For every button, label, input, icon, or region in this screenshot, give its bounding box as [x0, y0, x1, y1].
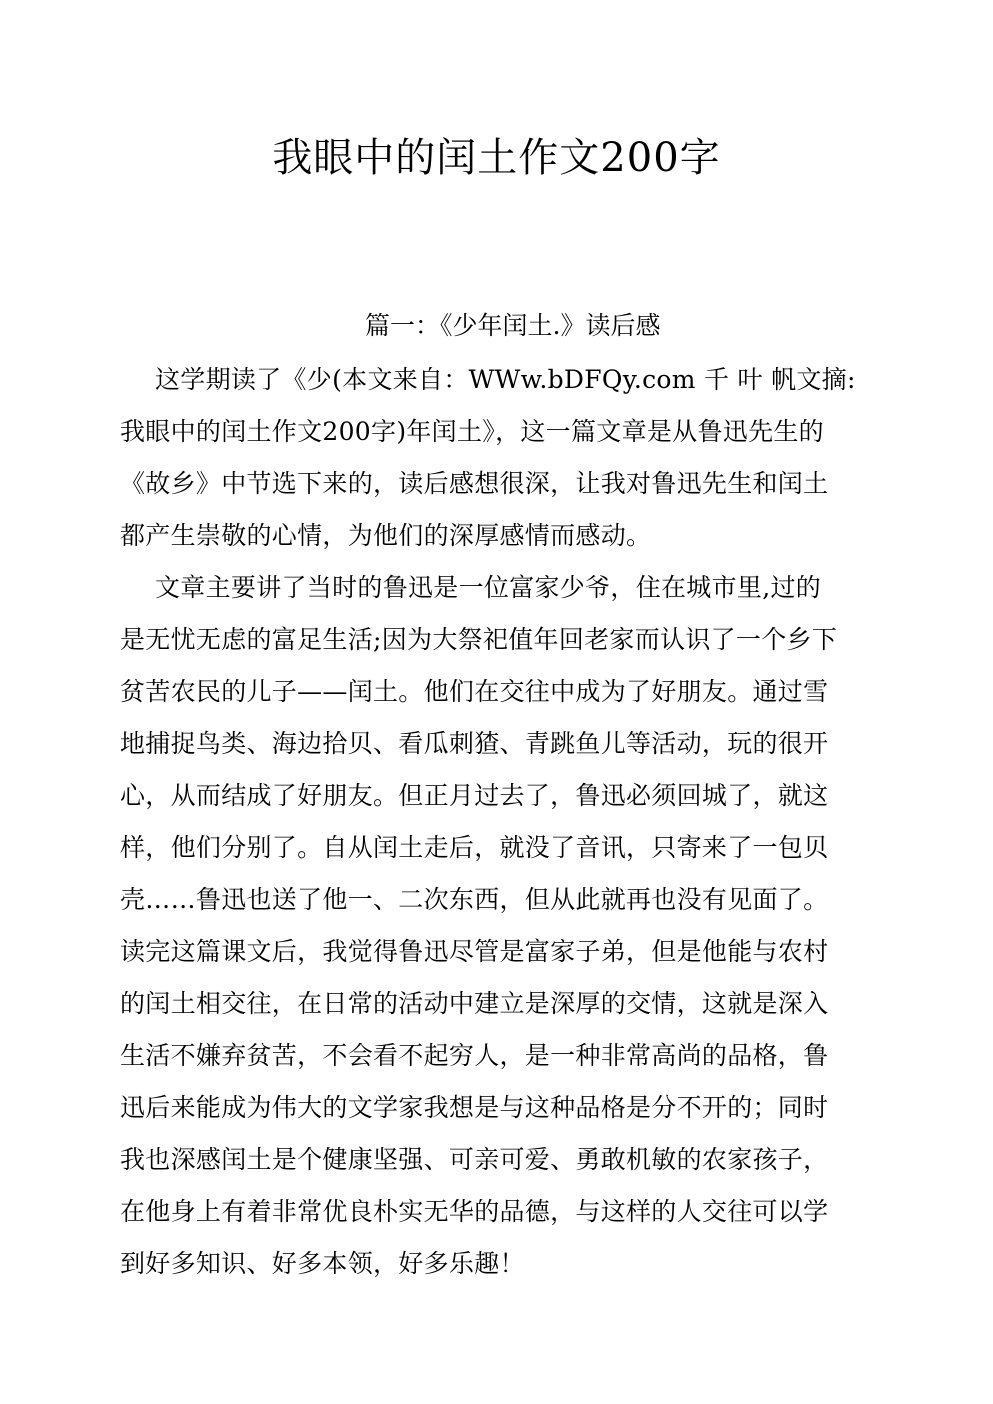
paragraph-line: 到好多知识、好多本领，好多乐趣！ — [120, 1246, 525, 1282]
paragraph-line: 地捕捉鸟类、海边拾贝、看瓜刺猹、青跳鱼儿等活动，玩的很开 — [120, 726, 828, 762]
paragraph-line: 心，从而结成了好朋友。但正月过去了，鲁迅必须回城了，就这 — [120, 778, 828, 814]
paragraph-line: 我眼中的闰土作文200字)年闰土》，这一篇文章是从鲁迅先生的 — [120, 414, 824, 450]
paragraph-line: 生活不嫌弃贫苦，不会看不起穷人，是一种非常高尚的品格，鲁 — [120, 1038, 828, 1074]
paragraph-line: 《故乡》中节选下来的，读后感想很深，让我对鲁迅先生和闰土 — [120, 466, 828, 502]
paragraph-line: 这学期读了《少(本文来自：WWw.bDFQy.com 千 叶 帆文摘: — [155, 362, 856, 398]
paragraph-line: 是无忧无虑的富足生活;因为大祭祀值年回老家而认识了一个乡下 — [120, 622, 837, 658]
paragraph-line: 我也深感闰土是个健康坚强、可亲可爱、勇敢机敏的农家孩子， — [120, 1142, 828, 1178]
paragraph-line: 在他身上有着非常优良朴实无华的品德，与这样的人交往可以学 — [120, 1194, 828, 1230]
paragraph-line: 文章主要讲了当时的鲁迅是一位富家少爷，住在城市里,过的 — [155, 570, 821, 606]
paragraph-line: 都产生崇敬的心情，为他们的深厚感情而感动。 — [120, 518, 651, 554]
paragraph-line: 的闰土相交往，在日常的活动中建立是深厚的交情，这就是深入 — [120, 986, 828, 1022]
document-page: 我眼中的闰土作文200字 篇一：《少年闰土.》读后感 这学期读了《少(本文来自：… — [0, 0, 993, 1404]
paragraph-line: 壳……鲁迅也送了他一、二次东西，但从此就再也没有见面了。 — [120, 882, 828, 918]
document-title: 我眼中的闰土作文200字 — [0, 130, 993, 186]
paragraph-line: 迅后来能成为伟大的文学家我想是与这种品格是分不开的；同时 — [120, 1090, 828, 1126]
paragraph-line: 样，他们分别了。自从闰土走后，就没了音讯，只寄来了一包贝 — [120, 830, 828, 866]
paragraph-line: 读完这篇课文后，我觉得鲁迅尽管是富家子弟，但是他能与农村 — [120, 934, 828, 970]
section-heading: 篇一：《少年闰土.》读后感 — [365, 308, 660, 344]
paragraph-line: 贫苦农民的儿子——闰土。他们在交往中成为了好朋友。通过雪 — [120, 674, 828, 710]
